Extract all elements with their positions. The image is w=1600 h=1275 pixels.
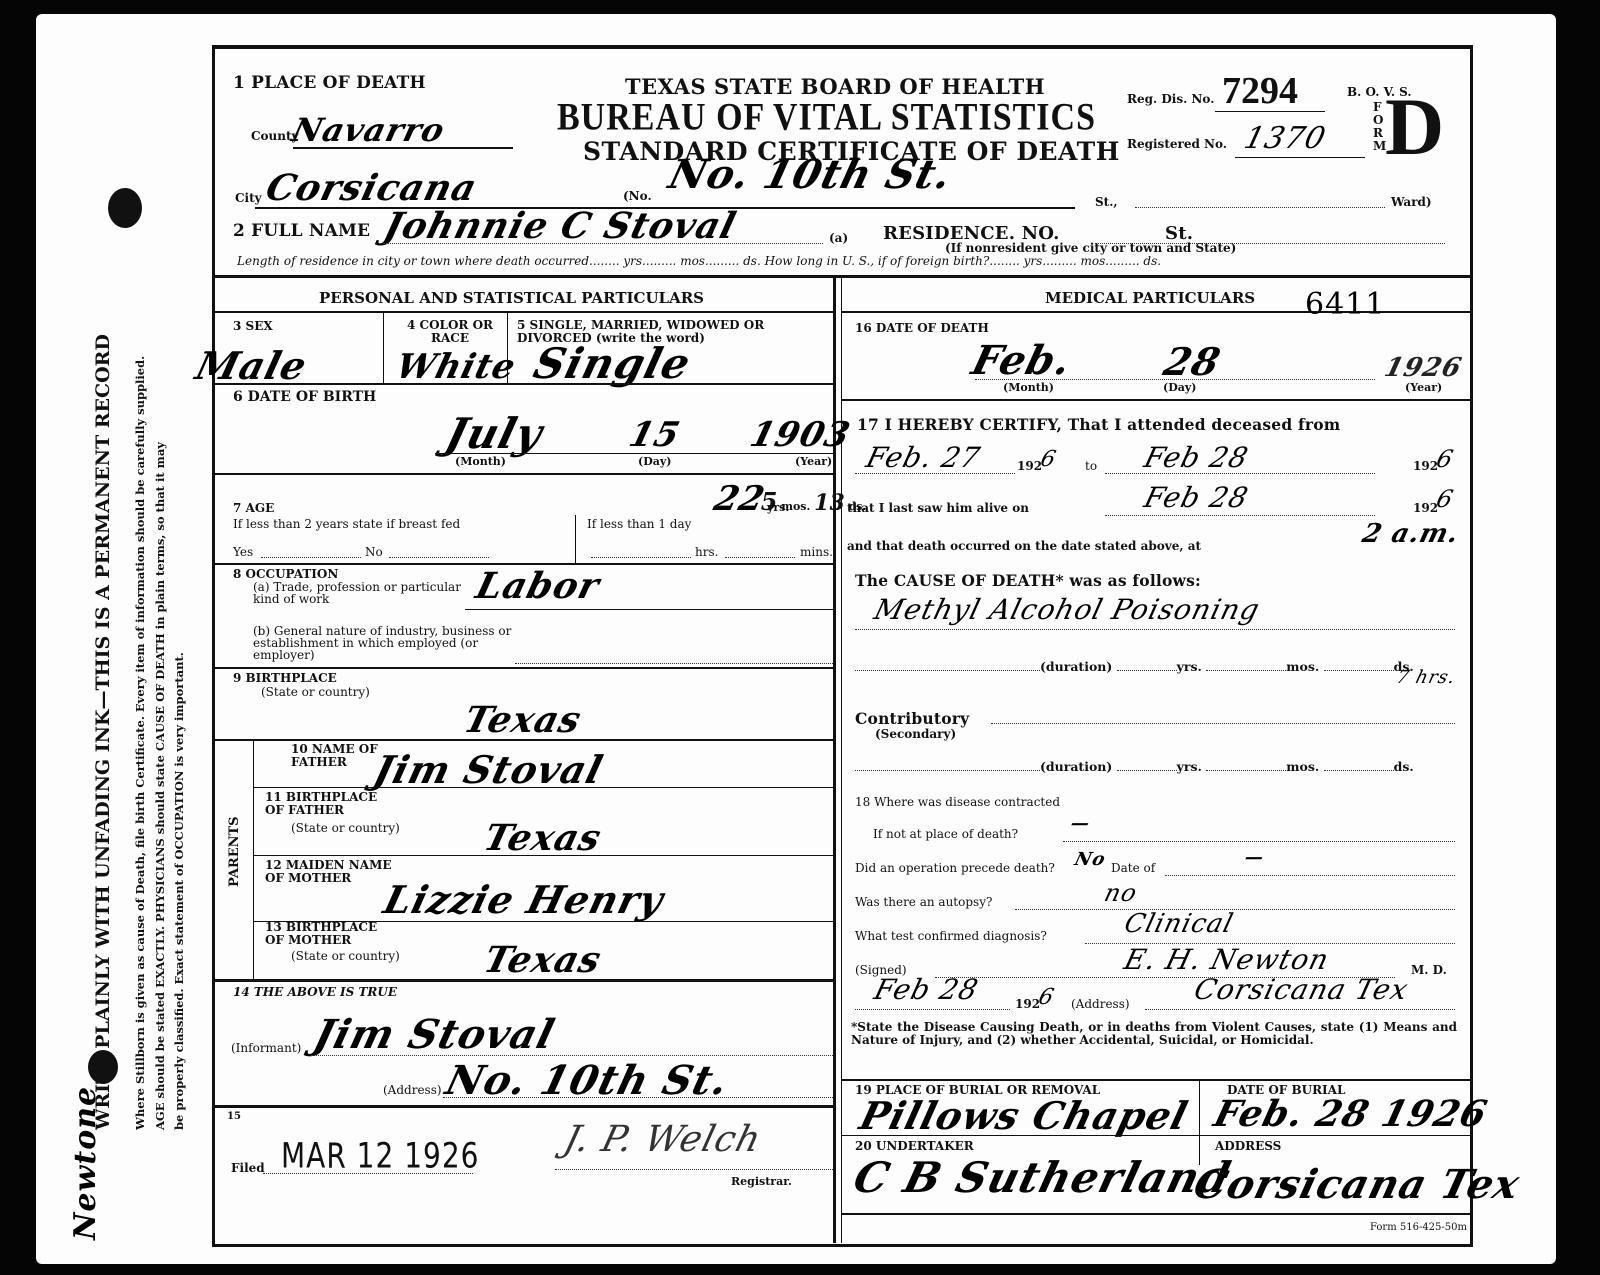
parents-label: PARENTS xyxy=(227,816,242,887)
margin-note-line2: AGE should be stated EXACTLY. PHYSICIANS… xyxy=(153,442,167,1130)
cause-duration-value: 7 hrs. xyxy=(1394,667,1458,688)
age-days-value: 13 xyxy=(814,490,845,516)
less-day-label: If less than 1 day xyxy=(587,517,691,531)
punch-hole-bottom xyxy=(88,1050,118,1084)
mins-label: mins. xyxy=(800,545,833,559)
last-saw-year-hw: 6 xyxy=(1434,485,1457,513)
duration-label: (duration) xyxy=(1040,659,1112,674)
cause-label: The CAUSE OF DEATH* was as follows: xyxy=(855,571,1201,590)
father-value: Jim Stoval xyxy=(369,747,608,792)
cause-duration-row: (duration) yrs. mos. ds. xyxy=(855,659,1414,674)
age-months-value: 5 xyxy=(761,487,778,516)
age-label: 7 AGE xyxy=(233,501,274,515)
dob-month-caption: (Month) xyxy=(455,455,506,468)
operation-label: Did an operation precede death? xyxy=(855,861,1055,875)
dob-line xyxy=(435,453,833,454)
hrs-label: hrs. xyxy=(695,545,718,559)
attended-from: Feb. 27 xyxy=(863,441,984,474)
age-divider xyxy=(575,515,576,563)
reg-dis-number: 7294 xyxy=(1222,69,1298,113)
hrs-line xyxy=(591,557,691,558)
undertaker-value: C B Sutherland xyxy=(849,1153,1236,1202)
full-name-label: 2 FULL NAME xyxy=(233,221,370,241)
form-number: Form 516-425-50m xyxy=(1370,1222,1467,1233)
father-bp-sub: (State or country) xyxy=(291,821,400,835)
margin-main-note: WRITE PLAINLY WITH UNFADING INK—THIS IS … xyxy=(92,334,114,1130)
county-line xyxy=(293,147,513,149)
dod-divider xyxy=(841,399,1470,401)
occ-a-line xyxy=(465,609,833,610)
ward-line xyxy=(1135,207,1385,208)
color-value: White xyxy=(392,347,520,387)
registered-number: 1370 xyxy=(1241,121,1330,156)
reg-dis-label: Reg. Dis. No. xyxy=(1127,92,1214,106)
punch-hole-top xyxy=(108,188,142,228)
cause-line xyxy=(855,629,1455,630)
footnote: *State the Disease Causing Death, or in … xyxy=(851,1021,1457,1047)
autopsy-label: Was there an autopsy? xyxy=(855,895,992,909)
occurred-label: and that death occurred on the date stat… xyxy=(847,539,1201,553)
personal-title-line xyxy=(215,311,833,313)
sign-date: Feb 28 xyxy=(871,973,982,1006)
length-residence-row: Length of residence in city or town wher… xyxy=(237,254,1161,268)
attended-from-year-hw: 6 xyxy=(1038,447,1059,472)
medical-section-title: MEDICAL PARTICULARS xyxy=(1045,289,1255,307)
dod-day: 28 xyxy=(1159,339,1225,384)
row14-line xyxy=(215,1105,833,1108)
father-bp-value: Texas xyxy=(480,817,606,859)
city-value: Corsicana xyxy=(262,167,482,209)
physician-address-label: (Address) xyxy=(1071,997,1130,1011)
nonresident-note: (If nonresident give city or town and St… xyxy=(945,241,1236,255)
mos-label: mos. xyxy=(680,254,709,268)
contrib-duration-row: (duration) yrs. mos. ds. xyxy=(855,759,1414,774)
yes-line xyxy=(261,557,361,558)
birthplace-sub: (State or country) xyxy=(261,685,370,699)
dob-year-caption: (Year) xyxy=(795,455,832,468)
occ-b-line xyxy=(515,663,833,664)
sex-value: Male xyxy=(191,343,312,388)
contributory-line xyxy=(991,723,1455,724)
bureau-title: BUREAU OF VITAL STATISTICS xyxy=(557,96,1096,140)
no-line xyxy=(389,557,489,558)
dob-day: 15 xyxy=(625,415,684,455)
full-name-line xyxy=(383,243,823,244)
death-certificate-form: 1 PLACE OF DEATH TEXAS STATE BOARD OF HE… xyxy=(212,45,1473,1247)
undertaker-label: 20 UNDERTAKER xyxy=(855,1139,974,1153)
yes-label: Yes xyxy=(233,545,253,559)
date-of-line xyxy=(1165,875,1455,876)
mother-label: 12 MAIDEN NAME OF MOTHER xyxy=(265,859,405,885)
last-saw-label: that I last saw him alive on xyxy=(847,501,1029,515)
sex-divider xyxy=(383,313,384,383)
dod-year: 1926 xyxy=(1381,353,1465,383)
row9-line xyxy=(215,739,833,741)
date-of-label: Date of xyxy=(1111,861,1155,875)
physician-address-line xyxy=(1145,1009,1455,1010)
filed-line xyxy=(263,1173,473,1174)
md-label: M. D. xyxy=(1411,963,1447,977)
if-not-value: — xyxy=(1068,813,1092,834)
mother-bp-sub: (State or country) xyxy=(291,949,400,963)
occ-a-label: (a) Trade, profession or particular kind… xyxy=(253,581,473,605)
father-bp-label: 11 BIRTHPLACE OF FATHER xyxy=(265,791,395,817)
filed-number: 15 xyxy=(227,1111,241,1122)
parents-divider xyxy=(253,739,254,979)
margin-signature: Newtone xyxy=(68,1086,103,1240)
burial-date: Feb. 28 1926 xyxy=(1210,1093,1492,1135)
q18-label: 18 Where was disease contracted xyxy=(855,795,1060,809)
registrar-signature: J. P. Welch xyxy=(560,1119,766,1160)
attended-to-line xyxy=(1105,473,1375,474)
undertaker-address-label: ADDRESS xyxy=(1215,1139,1281,1153)
mother-value: Lizzie Henry xyxy=(379,877,668,922)
filed-date-stamp: MAR 12 1926 xyxy=(281,1135,479,1176)
mother-bp-label: 13 BIRTHPLACE OF MOTHER xyxy=(265,921,395,947)
informant-value: Jim Stoval xyxy=(309,1011,559,1058)
form-vertical: FORM xyxy=(1373,101,1383,153)
city-label: City xyxy=(235,191,262,205)
attended-from-line xyxy=(855,473,1015,474)
above-true-label: 14 THE ABOVE IS TRUE xyxy=(233,985,397,999)
birthplace-label: 9 BIRTHPLACE xyxy=(233,671,337,685)
form-letter: D xyxy=(1385,87,1444,167)
if-not-label: If not at place of death? xyxy=(873,827,1018,841)
dod-month: Feb. xyxy=(967,337,1076,384)
to-label: to xyxy=(1085,459,1097,473)
contributory-label: Contributory xyxy=(855,709,969,728)
breast-fed-label: If less than 2 years state if breast fed xyxy=(233,517,460,531)
attended-to-year-hw: 6 xyxy=(1434,445,1457,473)
dod-year-caption: (Year) xyxy=(1405,381,1442,394)
occupation-label: 8 OCCUPATION xyxy=(233,567,338,581)
registrar-label: Registrar. xyxy=(731,1175,792,1188)
color-label: 4 COLOR OR RACE xyxy=(395,319,505,345)
dob-month: July xyxy=(441,409,548,458)
occ-b-label: (b) General nature of industry, business… xyxy=(253,625,543,661)
margin-note-line3: be properly classified. Exact statement … xyxy=(172,652,186,1130)
age-mos-label: mos. xyxy=(777,500,814,513)
physician-signature: E. H. Newton xyxy=(1121,943,1333,976)
occupation-value: Labor xyxy=(472,565,604,607)
sign-year-hw: 6 xyxy=(1036,985,1057,1010)
birthplace-value: Texas xyxy=(460,699,586,741)
attended-to: Feb 28 xyxy=(1141,441,1252,474)
row8-line xyxy=(215,667,833,669)
informant-line xyxy=(311,1055,833,1056)
dod-line xyxy=(975,379,1375,380)
father-bp-line xyxy=(253,855,833,856)
mins-line xyxy=(725,557,795,558)
no-label: (No. xyxy=(623,189,652,203)
county-value: Navarro xyxy=(288,111,449,149)
marital-value: Single xyxy=(529,339,696,388)
undertaker-line xyxy=(841,1213,1470,1215)
dob-label: 6 DATE OF BIRTH xyxy=(233,389,376,405)
medical-annotation: 6411 xyxy=(1305,287,1385,322)
sex-label: 3 SEX xyxy=(233,319,273,333)
a-label: (a) xyxy=(829,231,848,245)
row6-line xyxy=(215,473,833,475)
last-saw-value: Feb 28 xyxy=(1141,481,1252,514)
registered-line xyxy=(1235,157,1365,158)
registered-label: Registered No. xyxy=(1127,137,1227,151)
length-residence-label: Length of residence in city or town wher… xyxy=(237,254,589,268)
autopsy-value: no xyxy=(1102,879,1141,907)
secondary-label: (Secondary) xyxy=(875,727,956,741)
informant-address-label: (Address) xyxy=(383,1083,442,1097)
undertaker-address: Corsicana Tex xyxy=(1189,1161,1525,1208)
last-saw-line xyxy=(1105,515,1375,516)
ds-label: ds. xyxy=(743,254,761,268)
no-label-bf: No xyxy=(365,545,383,559)
reg-dis-line xyxy=(1215,111,1325,112)
dod-day-caption: (Day) xyxy=(1163,381,1196,394)
burial-place: Pillows Chapel xyxy=(855,1093,1192,1138)
operation-value: No xyxy=(1072,849,1108,870)
cause-value: Methyl Alcohol Poisoning xyxy=(871,593,1264,626)
father-line xyxy=(253,787,833,788)
informant-address-line xyxy=(443,1097,833,1098)
mother-bp-value: Texas xyxy=(480,939,606,981)
margin-note-line1: Where Stillborn is given as cause of Dea… xyxy=(133,356,147,1130)
if-not-line xyxy=(1063,841,1455,842)
dob-day-caption: (Day) xyxy=(638,455,671,468)
dod-label: 16 DATE OF DEATH xyxy=(855,321,989,335)
registrar-line xyxy=(555,1169,833,1170)
physician-address: Corsicana Tex xyxy=(1191,973,1412,1006)
st-label: St., xyxy=(1095,195,1118,209)
date-of-value: — xyxy=(1242,847,1266,868)
full-name-value: Johnnie C Stoval xyxy=(380,205,741,247)
test-value: Clinical xyxy=(1121,909,1236,939)
informant-label: (Informant) xyxy=(231,1041,301,1055)
filed-label: Filed xyxy=(231,1161,265,1175)
dob-year: 1903 xyxy=(746,415,855,455)
occurred-time: 2 a.m. xyxy=(1359,519,1462,549)
foreign-birth-label: How long in U. S., if of foreign birth? xyxy=(765,254,990,268)
street-value: No. 10th St. xyxy=(664,151,957,198)
sign-date-line xyxy=(855,1009,1010,1010)
dod-month-caption: (Month) xyxy=(1003,381,1054,394)
row3-line xyxy=(215,383,833,385)
personal-section-title: PERSONAL AND STATISTICAL PARTICULARS xyxy=(319,289,704,307)
place-of-death-label: 1 PLACE OF DEATH xyxy=(233,73,426,93)
row13-line xyxy=(215,979,833,982)
footnote-divider xyxy=(841,1079,1470,1081)
certify-label: 17 I HEREBY CERTIFY, That I attended dec… xyxy=(857,415,1340,434)
burial-line xyxy=(841,1135,1470,1136)
test-label: What test confirmed diagnosis? xyxy=(855,929,1047,943)
yrs-label: yrs. xyxy=(623,254,646,268)
ward-label: Ward) xyxy=(1391,195,1432,209)
header-divider xyxy=(215,275,1470,278)
